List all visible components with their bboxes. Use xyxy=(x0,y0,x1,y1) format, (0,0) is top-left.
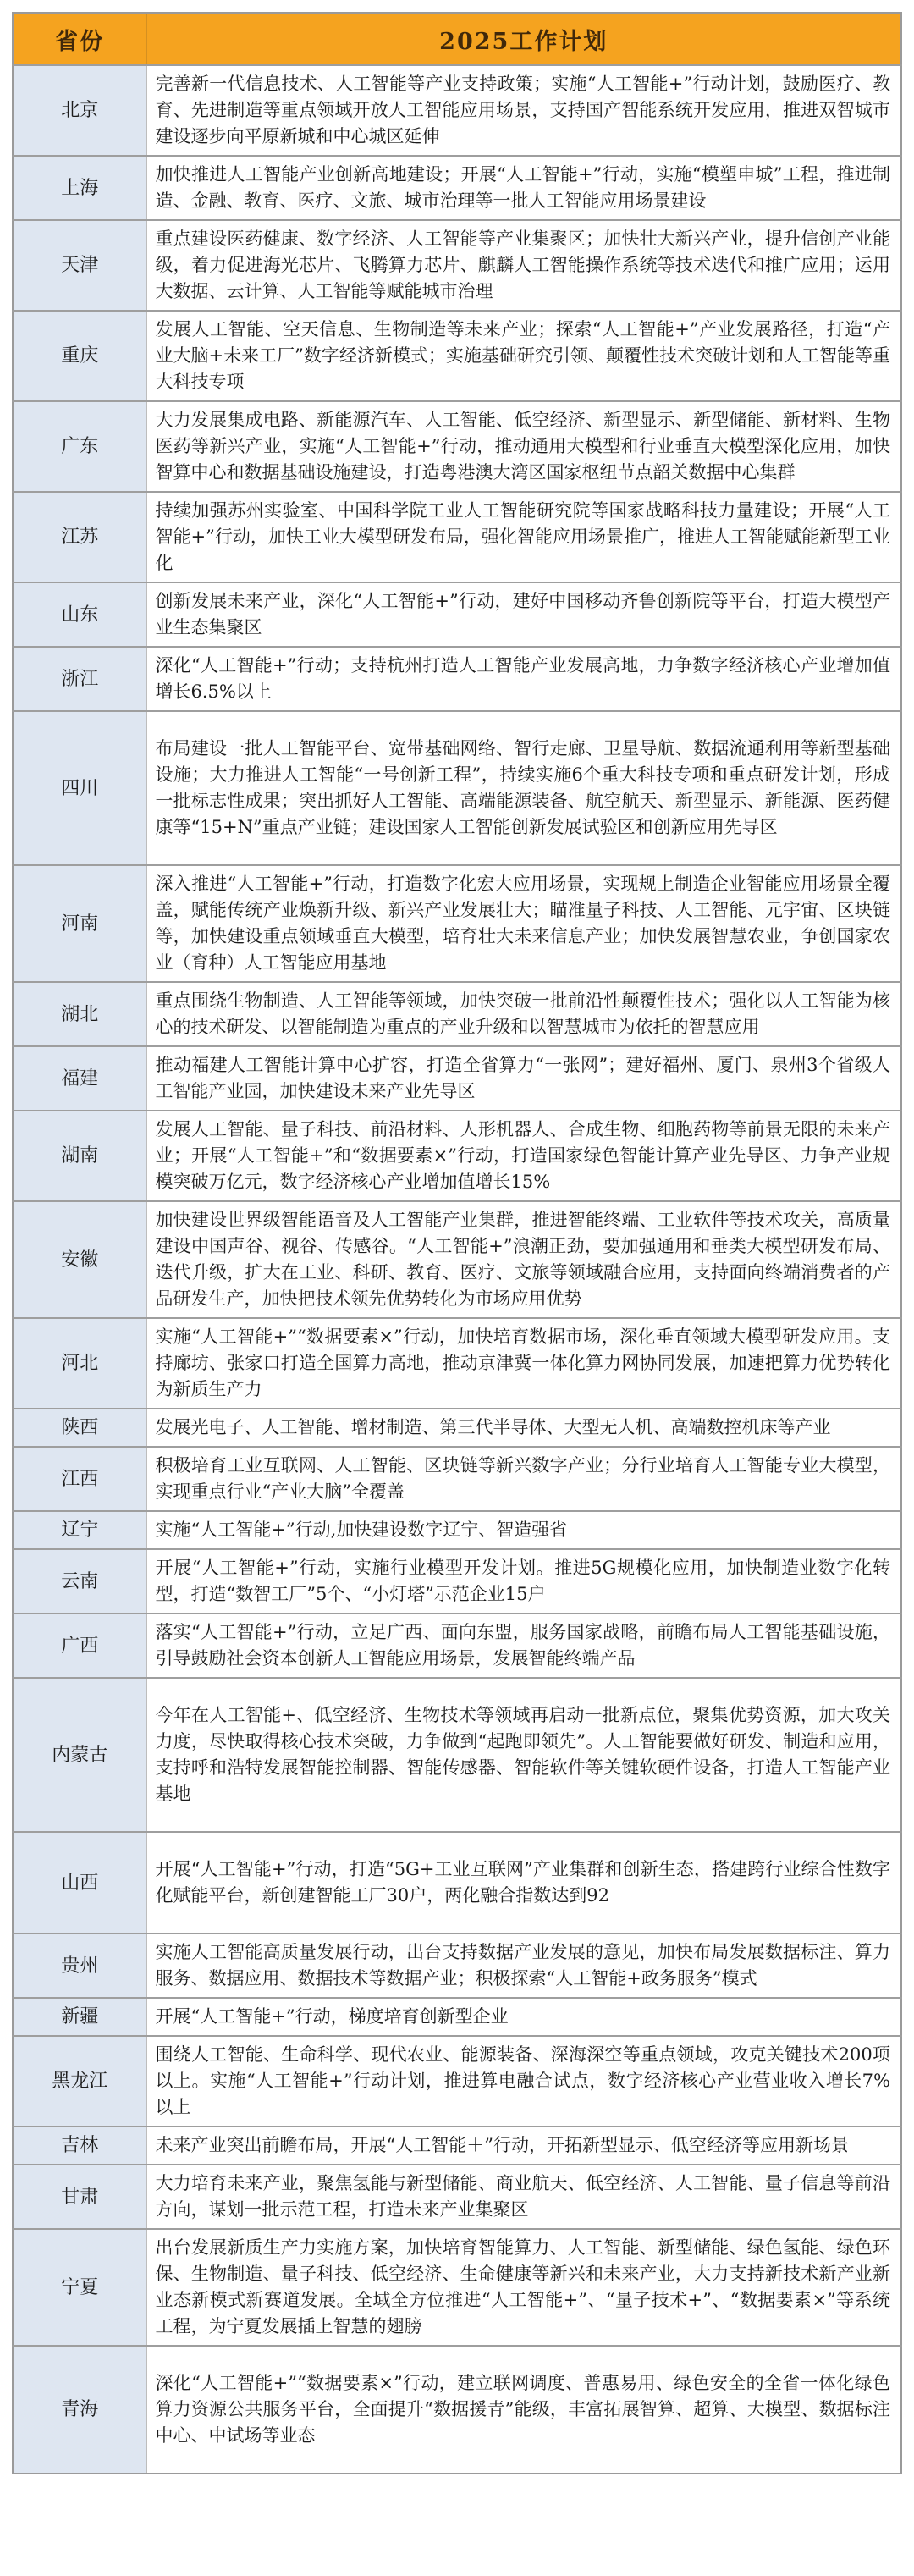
province-name: 安徽 xyxy=(13,1201,146,1318)
table-row: 河北 实施“人工智能+”“数据要素×”行动，加快培育数据市场，深化垂直领域大模型… xyxy=(13,1318,901,1409)
table-row: 河南 深入推进“人工智能+”行动，打造数字化宏大应用场景，实现规上制造企业智能应… xyxy=(13,865,901,982)
table-row: 重庆 发展人工智能、空天信息、生物制造等未来产业；探索“人工智能+”产业发展路径… xyxy=(13,311,901,401)
table-row: 江苏 持续加强苏州实验室、中国科学院工业人工智能研究院等国家战略科技力量建设；开… xyxy=(13,492,901,582)
table-row: 山西 开展“人工智能+”行动，打造“5G+工业互联网”产业集群和创新生态，搭建跨… xyxy=(13,1832,901,1933)
plan-text: 加快建设世界级智能语音及人工智能产业集群，推进智能终端、工业软件等技术攻关，高质… xyxy=(146,1201,901,1318)
table-row: 贵州 实施人工智能高质量发展行动，出台支持数据产业发展的意见，加快布局发展数据标… xyxy=(13,1933,901,1998)
table-row: 宁夏 出台发展新质生产力实施方案，加快培育智能算力、人工智能、新型储能、绿色氢能… xyxy=(13,2229,901,2346)
table-row: 上海 加快推进人工智能产业创新高地建设；开展“人工智能+”行动，实施“模塑申城”… xyxy=(13,156,901,220)
plan-text: 实施人工智能高质量发展行动，出台支持数据产业发展的意见，加快布局发展数据标注、算… xyxy=(146,1933,901,1998)
province-name: 江苏 xyxy=(13,492,146,582)
plan-text: 重点建设医药健康、数字经济、人工智能等产业集聚区；加快壮大新兴产业，提升信创产业… xyxy=(146,220,901,311)
province-name: 黑龙江 xyxy=(13,2036,146,2126)
plan-text: 落实“人工智能+”行动，立足广西、面向东盟，服务国家战略，前瞻布局人工智能基础设… xyxy=(146,1613,901,1678)
province-name: 福建 xyxy=(13,1046,146,1111)
table-row: 陕西 发展光电子、人工智能、增材制造、第三代半导体、大型无人机、高端数控机床等产… xyxy=(13,1409,901,1447)
province-name: 陕西 xyxy=(13,1409,146,1447)
table-row: 吉林 未来产业突出前瞻布局，开展“人工智能＋”行动，开拓新型显示、低空经济等应用… xyxy=(13,2126,901,2165)
province-name: 宁夏 xyxy=(13,2229,146,2346)
table-row: 湖南 发展人工智能、量子科技、前沿材料、人形机器人、合成生物、细胞药物等前景无限… xyxy=(13,1111,901,1201)
table-row: 安徽 加快建设世界级智能语音及人工智能产业集群，推进智能终端、工业软件等技术攻关… xyxy=(13,1201,901,1318)
province-name: 山东 xyxy=(13,582,146,647)
table-row: 青海 深化“人工智能+”“数据要素×”行动，建立联网调度、普惠易用、绿色安全的全… xyxy=(13,2346,901,2474)
plan-text: 布局建设一批人工智能平台、宽带基础网络、智行走廊、卫星导航、数据流通利用等新型基… xyxy=(146,711,901,865)
province-name: 湖南 xyxy=(13,1111,146,1201)
table-header: 省份 2025工作计划 xyxy=(13,13,901,65)
table-row: 内蒙古 今年在人工智能+、低空经济、生物技术等领域再启动一批新点位，聚集优势资源… xyxy=(13,1678,901,1832)
province-name: 贵州 xyxy=(13,1933,146,1998)
province-name: 河北 xyxy=(13,1318,146,1409)
table-row: 北京 完善新一代信息技术、人工智能等产业支持政策；实施“人工智能+”行动计划，鼓… xyxy=(13,65,901,156)
plan-text: 发展光电子、人工智能、增材制造、第三代半导体、大型无人机、高端数控机床等产业 xyxy=(146,1409,901,1447)
province-name: 云南 xyxy=(13,1549,146,1613)
plan-text: 实施“人工智能+”“数据要素×”行动，加快培育数据市场，深化垂直领域大模型研发应… xyxy=(146,1318,901,1409)
province-name: 辽宁 xyxy=(13,1511,146,1549)
province-name: 四川 xyxy=(13,711,146,865)
plan-text: 加快推进人工智能产业创新高地建设；开展“人工智能+”行动，实施“模塑申城”工程，… xyxy=(146,156,901,220)
province-name: 广西 xyxy=(13,1613,146,1678)
plan-text: 推动福建人工智能计算中心扩容，打造全省算力“一张网”；建好福州、厦门、泉州3个省… xyxy=(146,1046,901,1111)
table-row: 广东 大力发展集成电路、新能源汽车、人工智能、低空经济、新型显示、新型储能、新材… xyxy=(13,401,901,492)
plan-text: 开展“人工智能+”行动，实施行业模型开发计划。推进5G规模化应用，加快制造业数字… xyxy=(146,1549,901,1613)
province-name: 江西 xyxy=(13,1447,146,1511)
plan-text: 深化“人工智能+”“数据要素×”行动，建立联网调度、普惠易用、绿色安全的全省一体… xyxy=(146,2346,901,2474)
plan-text: 发展人工智能、空天信息、生物制造等未来产业；探索“人工智能+”产业发展路径，打造… xyxy=(146,311,901,401)
header-row: 省份 2025工作计划 xyxy=(13,13,901,65)
provinces-2025-ai-work-plan-page: 省份 2025工作计划 北京 完善新一代信息技术、人工智能等产业支持政策；实施“… xyxy=(0,0,914,2576)
province-name: 湖北 xyxy=(13,982,146,1046)
plan-text: 完善新一代信息技术、人工智能等产业支持政策；实施“人工智能+”行动计划，鼓励医疗… xyxy=(146,65,901,156)
plan-text: 围绕人工智能、生命科学、现代农业、能源装备、深海深空等重点领域，攻克关键技术20… xyxy=(146,2036,901,2126)
table-row: 甘肃 大力培育未来产业，聚焦氢能与新型储能、商业航天、低空经济、人工智能、量子信… xyxy=(13,2165,901,2229)
province-name: 河南 xyxy=(13,865,146,982)
province-name: 广东 xyxy=(13,401,146,492)
plan-text: 积极培育工业互联网、人工智能、区块链等新兴数字产业；分行业培育人工智能专业大模型… xyxy=(146,1447,901,1511)
table-row: 云南 开展“人工智能+”行动，实施行业模型开发计划。推进5G规模化应用，加快制造… xyxy=(13,1549,901,1613)
plan-text: 发展人工智能、量子科技、前沿材料、人形机器人、合成生物、细胞药物等前景无限的未来… xyxy=(146,1111,901,1201)
table-row: 黑龙江 围绕人工智能、生命科学、现代农业、能源装备、深海深空等重点领域，攻克关键… xyxy=(13,2036,901,2126)
table-row: 辽宁 实施“人工智能+”行动,加快建设数字辽宁、智造强省 xyxy=(13,1511,901,1549)
plan-text: 开展“人工智能+”行动，打造“5G+工业互联网”产业集群和创新生态，搭建跨行业综… xyxy=(146,1832,901,1933)
table-row: 福建 推动福建人工智能计算中心扩容，打造全省算力“一张网”；建好福州、厦门、泉州… xyxy=(13,1046,901,1111)
plan-text: 重点围绕生物制造、人工智能等领域，加快突破一批前沿性颠覆性技术；强化以人工智能为… xyxy=(146,982,901,1046)
plan-table-body: 北京 完善新一代信息技术、人工智能等产业支持政策；实施“人工智能+”行动计划，鼓… xyxy=(13,65,901,2474)
province-name: 天津 xyxy=(13,220,146,311)
plan-text: 持续加强苏州实验室、中国科学院工业人工智能研究院等国家战略科技力量建设；开展“人… xyxy=(146,492,901,582)
table-row: 四川 布局建设一批人工智能平台、宽带基础网络、智行走廊、卫星导航、数据流通利用等… xyxy=(13,711,901,865)
province-name: 山西 xyxy=(13,1832,146,1933)
plan-text: 深化“人工智能+”行动；支持杭州打造人工智能产业发展高地，力争数字经济核心产业增… xyxy=(146,647,901,711)
plan-text: 未来产业突出前瞻布局，开展“人工智能＋”行动，开拓新型显示、低空经济等应用新场景 xyxy=(146,2126,901,2165)
table-row: 浙江 深化“人工智能+”行动；支持杭州打造人工智能产业发展高地，力争数字经济核心… xyxy=(13,647,901,711)
plan-text: 大力发展集成电路、新能源汽车、人工智能、低空经济、新型显示、新型储能、新材料、生… xyxy=(146,401,901,492)
table-row: 山东 创新发展未来产业，深化“人工智能+”行动，建好中国移动齐鲁创新院等平台，打… xyxy=(13,582,901,647)
plan-table: 省份 2025工作计划 北京 完善新一代信息技术、人工智能等产业支持政策；实施“… xyxy=(12,12,902,2474)
table-row: 天津 重点建设医药健康、数字经济、人工智能等产业集聚区；加快壮大新兴产业，提升信… xyxy=(13,220,901,311)
plan-column-header: 2025工作计划 xyxy=(146,13,901,65)
plan-text: 实施“人工智能+”行动,加快建设数字辽宁、智造强省 xyxy=(146,1511,901,1549)
table-row: 湖北 重点围绕生物制造、人工智能等领域，加快突破一批前沿性颠覆性技术；强化以人工… xyxy=(13,982,901,1046)
province-name: 青海 xyxy=(13,2346,146,2474)
plan-text: 开展“人工智能+”行动，梯度培育创新型企业 xyxy=(146,1998,901,2036)
province-name: 重庆 xyxy=(13,311,146,401)
plan-text: 今年在人工智能+、低空经济、生物技术等领域再启动一批新点位，聚集优势资源，加大攻… xyxy=(146,1678,901,1832)
plan-text: 大力培育未来产业，聚焦氢能与新型储能、商业航天、低空经济、人工智能、量子信息等前… xyxy=(146,2165,901,2229)
plan-text: 深入推进“人工智能+”行动，打造数字化宏大应用场景，实现规上制造企业智能应用场景… xyxy=(146,865,901,982)
province-name: 新疆 xyxy=(13,1998,146,2036)
province-name: 甘肃 xyxy=(13,2165,146,2229)
table-row: 广西 落实“人工智能+”行动，立足广西、面向东盟，服务国家战略，前瞻布局人工智能… xyxy=(13,1613,901,1678)
plan-text: 出台发展新质生产力实施方案，加快培育智能算力、人工智能、新型储能、绿色氢能、绿色… xyxy=(146,2229,901,2346)
province-column-header: 省份 xyxy=(13,13,146,65)
table-row: 江西 积极培育工业互联网、人工智能、区块链等新兴数字产业；分行业培育人工智能专业… xyxy=(13,1447,901,1511)
province-name: 吉林 xyxy=(13,2126,146,2165)
province-name: 上海 xyxy=(13,156,146,220)
table-row: 新疆 开展“人工智能+”行动，梯度培育创新型企业 xyxy=(13,1998,901,2036)
province-name: 北京 xyxy=(13,65,146,156)
plan-text: 创新发展未来产业，深化“人工智能+”行动，建好中国移动齐鲁创新院等平台，打造大模… xyxy=(146,582,901,647)
province-name: 浙江 xyxy=(13,647,146,711)
province-name: 内蒙古 xyxy=(13,1678,146,1832)
